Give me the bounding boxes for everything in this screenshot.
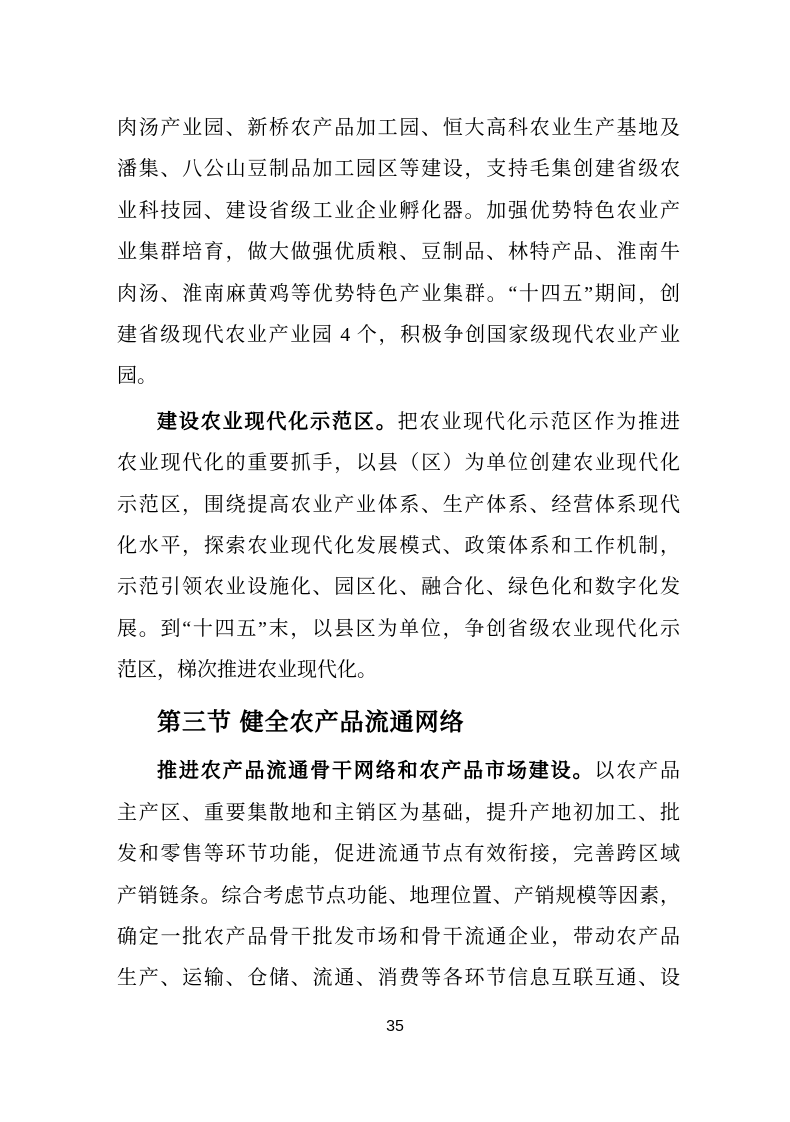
- text-line: 肉汤产业园、新桥农产品加工园、恒大高科农业生产基地及: [117, 108, 680, 149]
- bold-lead-in: 推进农产品流通骨干网络和农产品市场建设。: [157, 760, 594, 782]
- text-line: 发和零售等环节功能，促进流通节点有效衔接，完善跨区域: [117, 834, 680, 875]
- text-line: 示范引领农业设施化、园区化、融合化、绿色化和数字化发: [117, 567, 680, 608]
- text-line: 确定一批农产品骨干批发市场和骨干流通企业，带动农产品: [117, 917, 680, 958]
- paragraph-circulation-network: 推进农产品流通骨干网络和农产品市场建设。以农产品 主产区、重要集散地和主销区为基…: [117, 751, 680, 999]
- text-line: 园。: [117, 356, 680, 397]
- text-line: 示范区，围绕提高农业产业体系、生产体系、经营体系现代: [117, 485, 680, 526]
- text-line: 产销链条。综合考虑节点功能、地理位置、产销规模等因素，: [117, 876, 680, 917]
- text-line: 范区，梯次推进农业现代化。: [117, 650, 680, 691]
- text-line: 肉汤、淮南麻黄鸡等优势特色产业集群。“十四五”期间，创: [117, 274, 680, 315]
- text-line: 展。到“十四五”末，以县区为单位，争创省级农业现代化示: [117, 609, 680, 650]
- document-body: 肉汤产业园、新桥农产品加工园、恒大高科农业生产基地及 潘集、八公山豆制品加工园区…: [117, 108, 680, 1000]
- text-line: 生产、运输、仓储、流通、消费等各环节信息互联互通、设: [117, 958, 680, 999]
- text-run: 把农业现代化示范区作为推进: [398, 411, 680, 433]
- text-line: 建省级现代农业产业园 4 个，积极争创国家级现代农业产业: [117, 315, 680, 356]
- text-line: 潘集、八公山豆制品加工园区等建设，支持毛集创建省级农: [117, 149, 680, 190]
- text-line: 主产区、重要集散地和主销区为基础，提升产地初加工、批: [117, 793, 680, 834]
- text-line: 化水平，探索农业现代化发展模式、政策体系和工作机制，: [117, 526, 680, 567]
- text-line: 建设农业现代化示范区。把农业现代化示范区作为推进: [117, 402, 680, 443]
- bold-lead-in: 建设农业现代化示范区。: [157, 411, 398, 433]
- text-line: 业科技园、建设省级工业企业孵化器。加强优势特色农业产: [117, 191, 680, 232]
- page-number: 35: [0, 1018, 790, 1036]
- text-line: 农业现代化的重要抓手，以县（区）为单位创建农业现代化: [117, 443, 680, 484]
- section-heading: 第三节 健全农产品流通网络: [117, 701, 680, 745]
- paragraph-continued: 肉汤产业园、新桥农产品加工园、恒大高科农业生产基地及 潘集、八公山豆制品加工园区…: [117, 108, 680, 398]
- paragraph-demonstration-zones: 建设农业现代化示范区。把农业现代化示范区作为推进 农业现代化的重要抓手，以县（区…: [117, 402, 680, 692]
- text-line: 推进农产品流通骨干网络和农产品市场建设。以农产品: [117, 751, 680, 792]
- text-run: 以农产品: [594, 760, 680, 782]
- text-line: 业集群培育，做大做强优质粮、豆制品、林特产品、淮南牛: [117, 232, 680, 273]
